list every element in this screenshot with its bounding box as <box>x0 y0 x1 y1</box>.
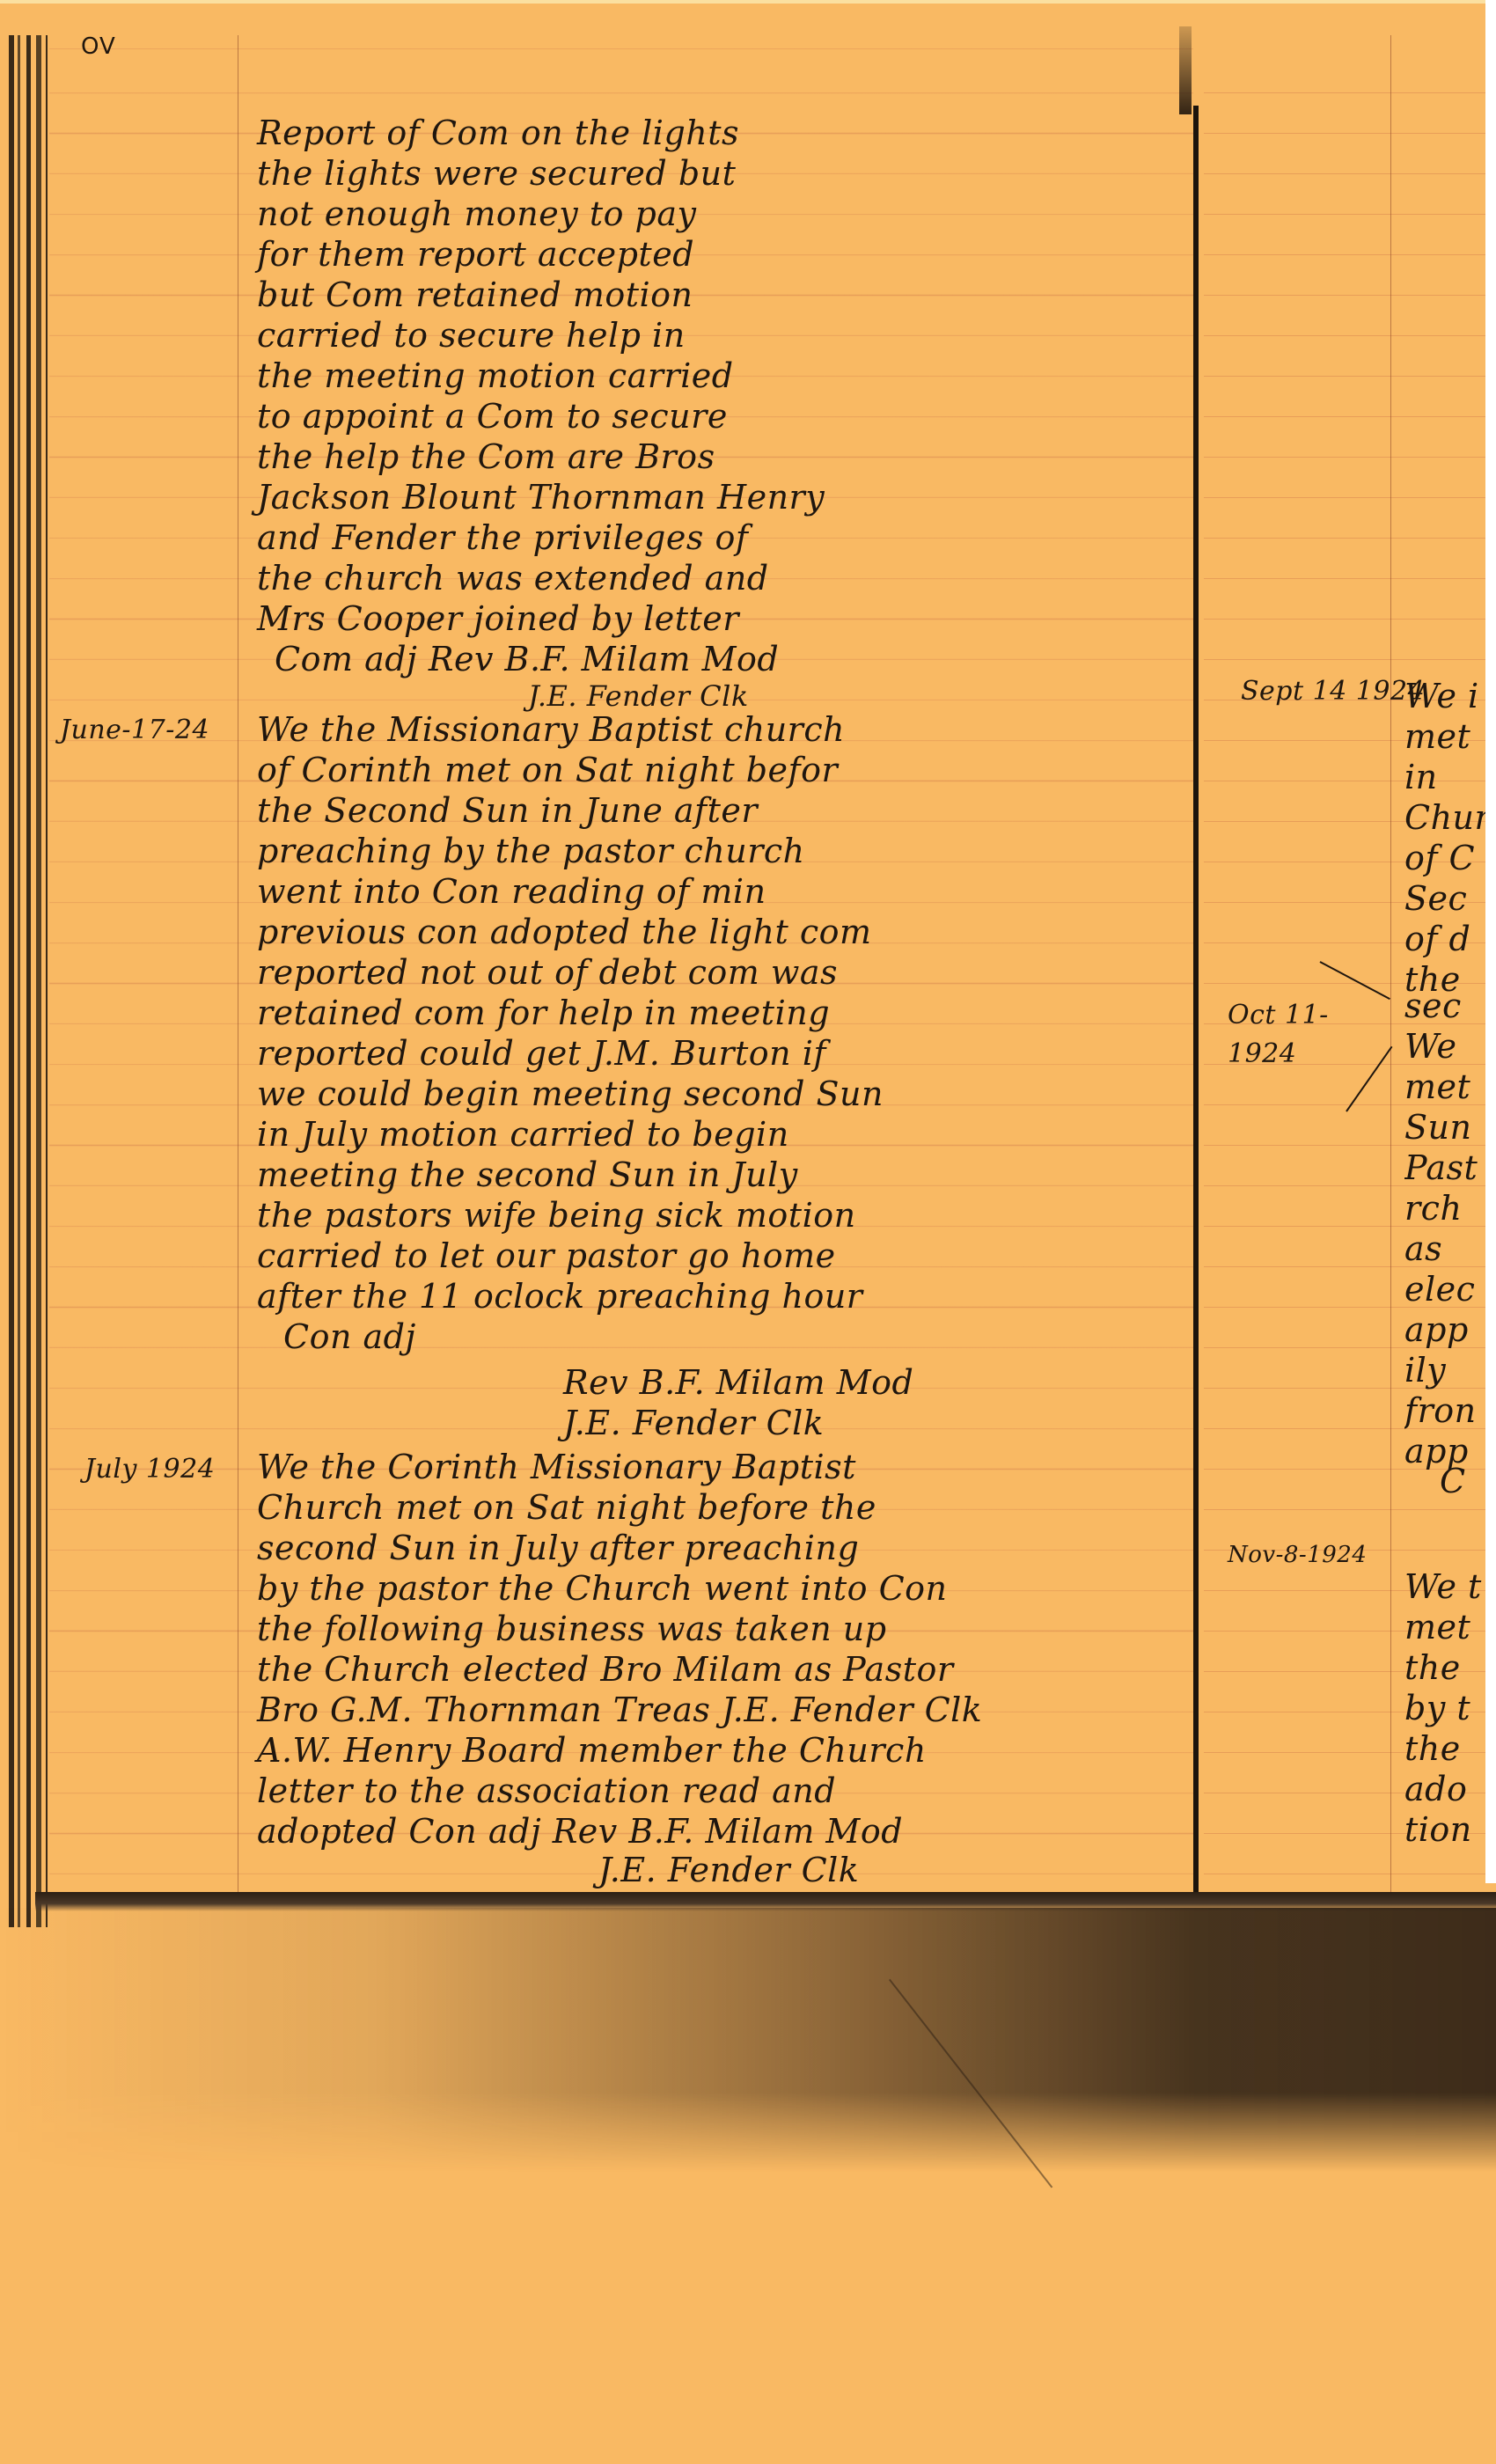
entry-line: carried to let our pastor go home <box>257 1236 836 1276</box>
entry-line: the church was extended and <box>257 558 769 598</box>
entry-line: A.W. Henry Board member the Church <box>257 1730 927 1771</box>
date-margin-line <box>238 35 238 1901</box>
right-margin-date: Oct 11-1924 <box>1228 996 1351 1074</box>
book-shadow <box>0 1908 1496 2172</box>
entry-line: and Fender the privileges of <box>257 517 748 558</box>
fragment: We t <box>1404 1566 1482 1607</box>
clerk-signature: J.E. Fender Clk <box>563 1403 824 1443</box>
entry-line: Mrs Cooper joined by letter <box>257 598 739 639</box>
entry-line: preaching by the pastor church <box>257 831 805 871</box>
entry-line: Jackson Blount Thornman Henry <box>257 477 825 517</box>
entry-line: We the Missionary Baptist church <box>257 709 845 750</box>
entry-line: went into Con reading of min <box>257 871 766 912</box>
fragment: by t <box>1404 1688 1470 1728</box>
fragment: ado <box>1404 1769 1467 1809</box>
fragment: met <box>1404 1607 1470 1647</box>
fragment: rch <box>1404 1188 1462 1228</box>
fragment: tion <box>1404 1809 1472 1850</box>
fragment: app <box>1404 1309 1469 1350</box>
entry-line: of Corinth met on Sat night befor <box>257 750 838 790</box>
fragment: as <box>1404 1228 1442 1269</box>
fragment: ily <box>1404 1350 1446 1390</box>
entry-line: retained com for help in meeting <box>257 993 830 1033</box>
ledger-binding <box>7 35 49 1927</box>
entry-line: reported could get J.M. Burton if <box>257 1033 826 1074</box>
entry-line: but Com retained motion <box>257 275 693 315</box>
entry-line: Con adj <box>283 1316 416 1357</box>
entry-date: June-17-24 <box>60 715 209 745</box>
entry-line: carried to secure help in <box>257 315 686 356</box>
fragment: met <box>1404 1067 1470 1107</box>
fragment: elec <box>1404 1269 1475 1309</box>
entry-line: after the 11 oclock preaching hour <box>257 1276 862 1316</box>
entry-line: the meeting motion carried <box>257 356 734 396</box>
fragment: of d <box>1404 919 1470 959</box>
entry-line: we could begin meeting second Sun <box>257 1074 884 1114</box>
entry-line: We the Corinth Missionary Baptist <box>257 1447 856 1487</box>
fragment: C <box>1440 1461 1466 1501</box>
entry-line: letter to the association read and <box>257 1771 836 1811</box>
right-margin-date: Sept 14 1924 <box>1241 676 1425 707</box>
entry-line: the pastors wife being sick motion <box>257 1195 856 1236</box>
page-number: OV <box>81 33 116 60</box>
fragment: We <box>1404 1026 1456 1067</box>
entry-line: Com adj Rev B.F. Milam Mod <box>275 639 779 679</box>
right-margin-date: Nov-8-1924 <box>1228 1542 1367 1568</box>
right-page-text-fragments: We i met in Chur of C Sec of d the sec W… <box>1404 0 1485 1883</box>
entry-line: for them report accepted <box>257 234 694 275</box>
fragment: the <box>1404 1647 1461 1688</box>
right-date-margin-line <box>1390 35 1391 1892</box>
fragment: the <box>1404 1728 1461 1769</box>
entry-line: second Sun in July after preaching <box>257 1528 859 1568</box>
clerk-signature: J.E. Fender Clk <box>598 1850 859 1890</box>
entry-line: the Church elected Bro Milam as Pastor <box>257 1649 954 1690</box>
fragment: Sec <box>1404 878 1467 919</box>
fragment: We i <box>1404 676 1479 716</box>
book-spine <box>1193 106 1199 1901</box>
scan-top-edge <box>0 0 1496 4</box>
entry-line: by the pastor the Church went into Con <box>257 1568 948 1609</box>
entry-line: previous con adopted the light com <box>257 912 872 952</box>
entry-line: reported not out of debt com was <box>257 952 838 993</box>
entry-date: July 1924 <box>84 1454 215 1485</box>
fragment: of C <box>1404 838 1475 878</box>
entry-line: the help the Com are Bros <box>257 436 715 477</box>
fragment: fron <box>1404 1390 1477 1431</box>
fragment: Sun <box>1404 1107 1471 1148</box>
entry-line: Church met on Sat night before the <box>257 1487 876 1528</box>
entry-line: Bro G.M. Thornman Treas J.E. Fender Clk <box>257 1690 982 1730</box>
fragment: Past <box>1404 1148 1478 1188</box>
entry-line: the following business was taken up <box>257 1609 887 1649</box>
entry-line: not enough money to pay <box>257 194 697 234</box>
spine-top-shadow <box>1179 26 1192 114</box>
entry-line: meeting the second Sun in July <box>257 1155 798 1195</box>
entry-line: adopted Con adj Rev B.F. Milam Mod <box>257 1811 903 1852</box>
entry-line: Report of Com on the lights <box>257 113 739 153</box>
moderator-signature: Rev B.F. Milam Mod <box>563 1362 913 1403</box>
fragment: Chur <box>1404 797 1485 838</box>
entry-line: the Second Sun in June after <box>257 790 758 831</box>
entry-line: the lights were secured but <box>257 153 736 194</box>
scan-right-edge <box>1485 0 1496 1883</box>
fragment: met <box>1404 716 1470 757</box>
entry-line: in July motion carried to begin <box>257 1114 789 1155</box>
fragment: sec <box>1404 986 1462 1026</box>
fragment: in <box>1404 757 1438 797</box>
entry-line: to appoint a Com to secure <box>257 396 728 436</box>
